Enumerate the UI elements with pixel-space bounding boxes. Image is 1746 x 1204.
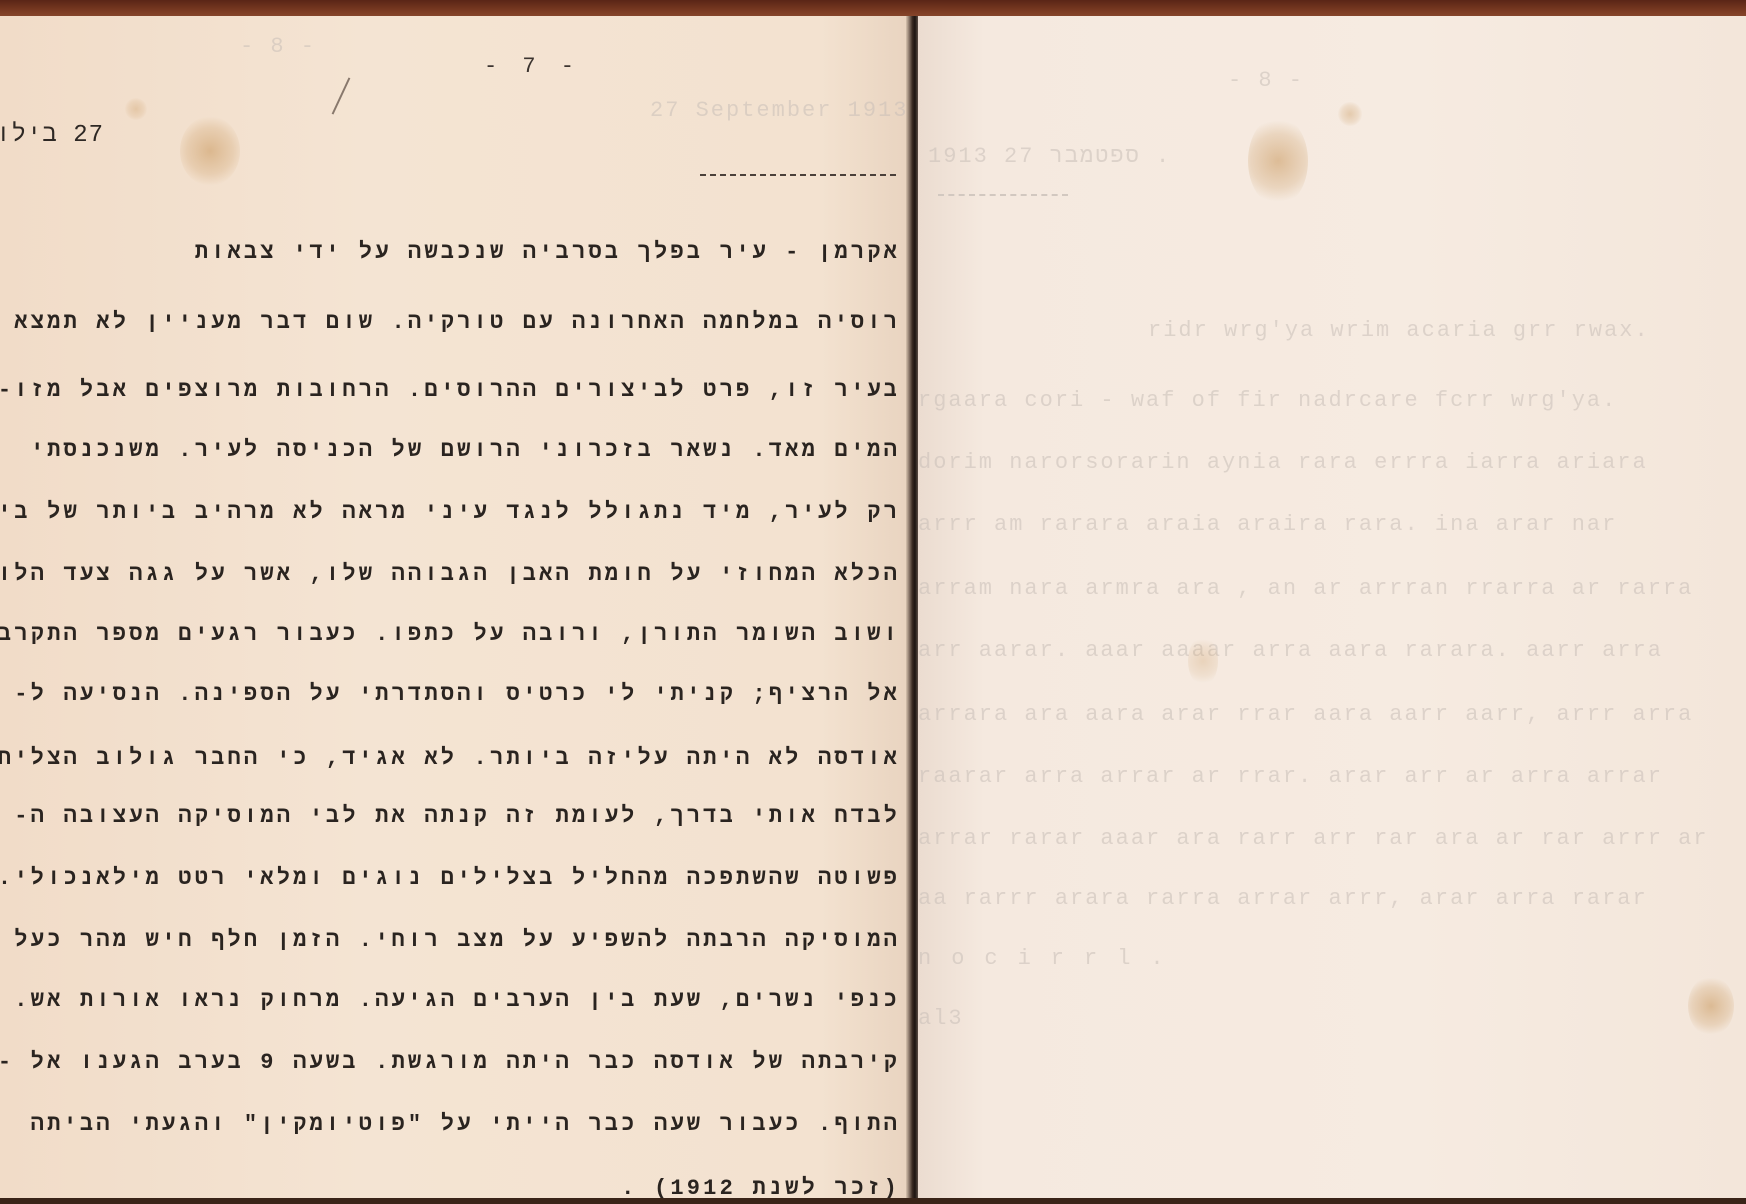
foxing-stain [125, 98, 147, 120]
bleed-through-line: arrr am rarara araia araira rara. ina ar… [918, 512, 1617, 537]
text-line: בעיר זו, פרט לביצורים ההרוסים. הרחובות מ… [0, 378, 900, 403]
text-line: פשוטה שהשתפכה מהחליל בצלילים נוגים ומלאי… [0, 866, 900, 891]
bleed-through-line: arrar rarar aaar ara rarr arr rar ara ar… [918, 826, 1709, 851]
text-line: אקרמן - עיר בפלך בסרביה שנכבשה על ידי צב… [195, 240, 900, 265]
foxing-stain [1248, 116, 1308, 206]
text-line: המוסיקה הרבתה להשפיע על מצב רוחי. הזמן ח… [14, 928, 900, 953]
date-underline [700, 174, 896, 178]
foxing-stain [1338, 102, 1362, 126]
bleed-through-line: 1913 ספטמבר 27 . [928, 144, 1171, 169]
page-number-faint: - 8 - [1228, 68, 1304, 93]
right-page: - 8 - 1913 ספטמבר 27 . ridr wrg'ya wrim … [918, 16, 1746, 1204]
foxing-stain [1688, 976, 1734, 1036]
text-line: רק לעיר, מיד נתגולל לנגד עיני מראה לא מר… [0, 500, 900, 525]
bleed-through-underline [938, 194, 1068, 198]
bleed-through-line: al3 [918, 1006, 964, 1031]
bleed-through-line: nocirrl. [918, 946, 1184, 971]
page-number: - 7 - [484, 54, 580, 79]
foxing-stain [1188, 636, 1218, 686]
text-line: אודסה לא היתה עליזה ביותר. לא אגיד, כי ה… [0, 746, 900, 771]
bleed-through-line: ridr wrg'ya wrim acaria grr rwax. [1148, 318, 1650, 343]
bleed-through-line: arr aarar. aaar aaaar arra aara rarara. … [918, 638, 1663, 663]
bleed-through-line: raarar arra arrar ar rrar. arar arr ar a… [918, 764, 1663, 789]
left-page: - 8 - 27 September 1913 - 7 - 27 בילו 19… [0, 16, 912, 1204]
bleed-through-date: 27 September 1913 [650, 98, 908, 123]
text-line: לבדח אותי בדרך, לעומת זה קנתה את לבי המו… [14, 804, 900, 829]
text-line: קירבתה של אודסה כבר היתה מורגשת. בשעה 9 … [0, 1050, 900, 1075]
entry-date: 27 בילו 1913 [0, 122, 104, 149]
text-line: ושוב השומר התורן, ורובה על כתפו. כעבור ר… [0, 622, 900, 647]
text-line: אל הרציף; קניתי לי כרטיס והסתדרתי על הספ… [14, 682, 900, 707]
book-bottom-edge [0, 1198, 1746, 1204]
bleed-through-line: rgaara cori - waf of fir nadrcare fcrr w… [918, 388, 1617, 413]
pen-mark [332, 77, 351, 114]
foxing-stain [180, 116, 240, 186]
bleed-through-line: arrara ara aara arar rrar aara aarr aarr… [918, 702, 1693, 727]
text-line: התוף. כעבור שעה כבר הייתי על "פוטיומקין"… [31, 1112, 900, 1137]
text-line: המים מאד. נשאר בזכרוני הרושם של הכניסה ל… [31, 438, 900, 463]
bleed-through-line: aa rarrr arara rarra arrar arrr, arar ar… [918, 886, 1648, 911]
bleed-through-line: dorim narorsorarin aynia rara errra iarr… [918, 450, 1648, 475]
text-line: הכלא המחוזי על חומת האבן הגבוהה שלו, אשר… [0, 562, 900, 587]
text-line: רוסיה במלחמה האחרונה עם טורקיה. שום דבר … [14, 310, 900, 335]
text-line: כנפי נשרים, שעת בין הערבים הגיעה. מרחוק … [14, 988, 900, 1013]
bleed-through-page-number: - 8 - [240, 34, 316, 59]
bleed-through-line: arram nara armra ara , an ar arrran rrar… [918, 576, 1693, 601]
